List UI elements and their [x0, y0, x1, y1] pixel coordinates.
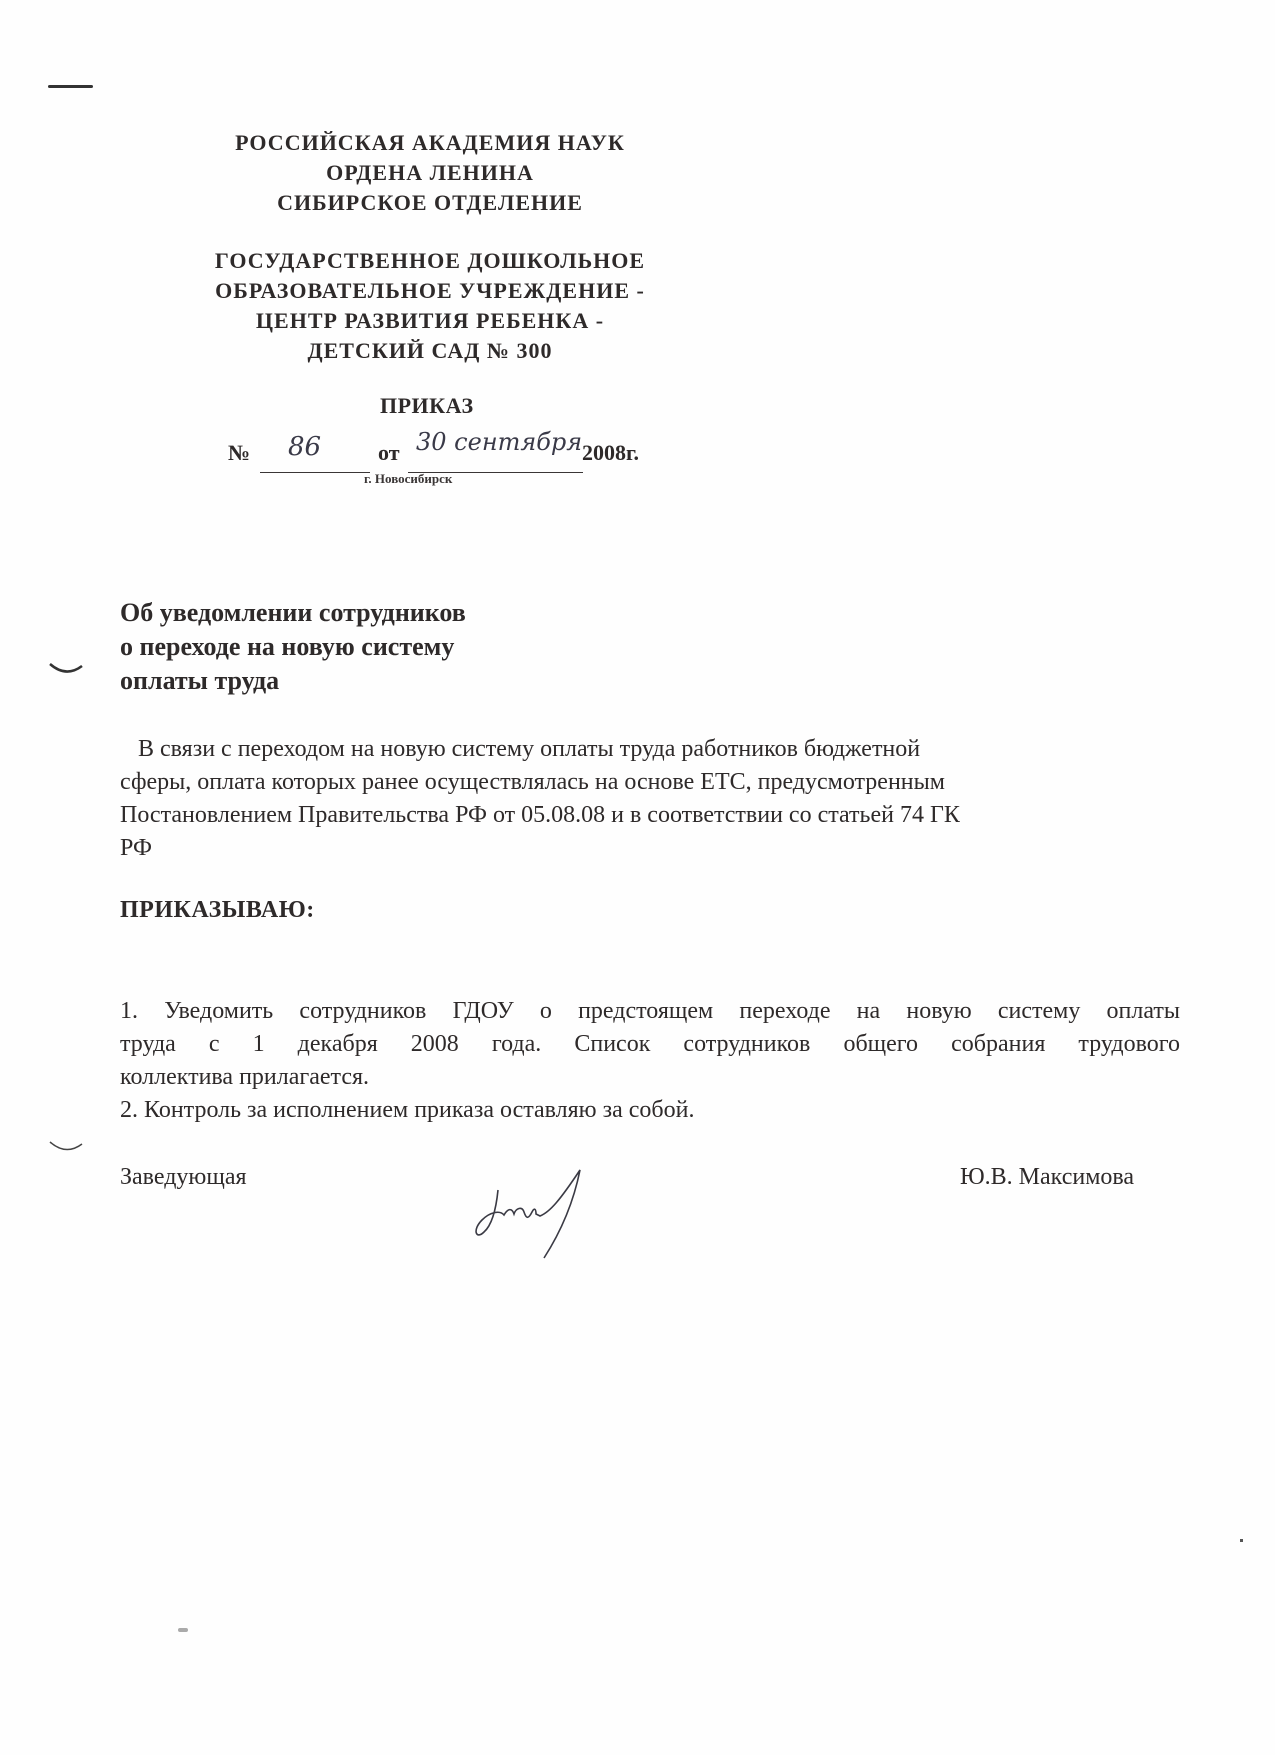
- order-year: 2008г.: [582, 440, 639, 466]
- date-label: от: [378, 440, 400, 466]
- document-page: РОССИЙСКАЯ АКАДЕМИЯ НАУК ОРДЕНА ЛЕНИНА С…: [0, 0, 1275, 1755]
- institution-line: ДЕТСКИЙ САД № 300: [180, 336, 680, 366]
- order-number-handwritten: 86: [288, 432, 321, 462]
- institution-line: ГОСУДАРСТВЕННОЕ ДОШКОЛЬНОЕ: [180, 246, 680, 276]
- city-label: г. Новосибирск: [364, 471, 452, 487]
- organization-header: РОССИЙСКАЯ АКАДЕМИЯ НАУК ОРДЕНА ЛЕНИНА С…: [180, 128, 680, 218]
- scan-mark-curve-2: [48, 1138, 88, 1158]
- scan-mark-curve-1: [48, 660, 88, 680]
- preamble-paragraph: В связи с переходом на новую систему опл…: [120, 733, 1120, 865]
- preamble-line: РФ: [120, 832, 1120, 865]
- org-line: РОССИЙСКАЯ АКАДЕМИЯ НАУК: [180, 128, 680, 158]
- item-1-line: коллектива прилагается.: [120, 1061, 1180, 1094]
- item-2: 2. Контроль за исполнением приказа остав…: [120, 1094, 1180, 1127]
- order-title: ПРИКАЗ: [380, 393, 474, 419]
- preamble-line: Постановлением Правительства РФ от 05.08…: [120, 799, 1120, 832]
- preamble-line: сферы, оплата которых ранее осуществляла…: [120, 766, 1120, 799]
- preamble-line: В связи с переходом на новую систему опл…: [120, 733, 1120, 766]
- item-1-line: 1. Уведомить сотрудников ГДОУ о предстоя…: [120, 995, 1180, 1028]
- institution-header: ГОСУДАРСТВЕННОЕ ДОШКОЛЬНОЕ ОБРАЗОВАТЕЛЬН…: [180, 246, 680, 366]
- signer-name: Ю.В. Максимова: [960, 1164, 1134, 1191]
- subject-line: о переходе на новую систему: [120, 630, 466, 664]
- command-heading: ПРИКАЗЫВАЮ:: [120, 897, 315, 924]
- signer-position: Заведующая: [120, 1164, 247, 1191]
- institution-line: ЦЕНТР РАЗВИТИЯ РЕБЕНКА -: [180, 306, 680, 336]
- subject-line: оплаты труда: [120, 664, 466, 698]
- number-label: №: [228, 440, 250, 466]
- order-items: 1. Уведомить сотрудников ГДОУ о предстоя…: [120, 995, 1180, 1127]
- org-line: СИБИРСКОЕ ОТДЕЛЕНИЕ: [180, 188, 680, 218]
- subject-line: Об уведомлении сотрудников: [120, 596, 466, 630]
- number-underline: [260, 472, 370, 473]
- signature-icon: [470, 1160, 610, 1260]
- institution-line: ОБРАЗОВАТЕЛЬНОЕ УЧРЕЖДЕНИЕ -: [180, 276, 680, 306]
- order-date-handwritten: 30 сентября: [416, 428, 582, 456]
- order-subject: Об уведомлении сотрудников о переходе на…: [120, 596, 466, 698]
- scan-speck: [178, 1628, 188, 1632]
- scan-mark-top-dash: [48, 85, 93, 88]
- scan-speck: [1240, 1539, 1243, 1542]
- org-line: ОРДЕНА ЛЕНИНА: [180, 158, 680, 188]
- item-1-line: труда с 1 декабря 2008 года. Список сотр…: [120, 1028, 1180, 1061]
